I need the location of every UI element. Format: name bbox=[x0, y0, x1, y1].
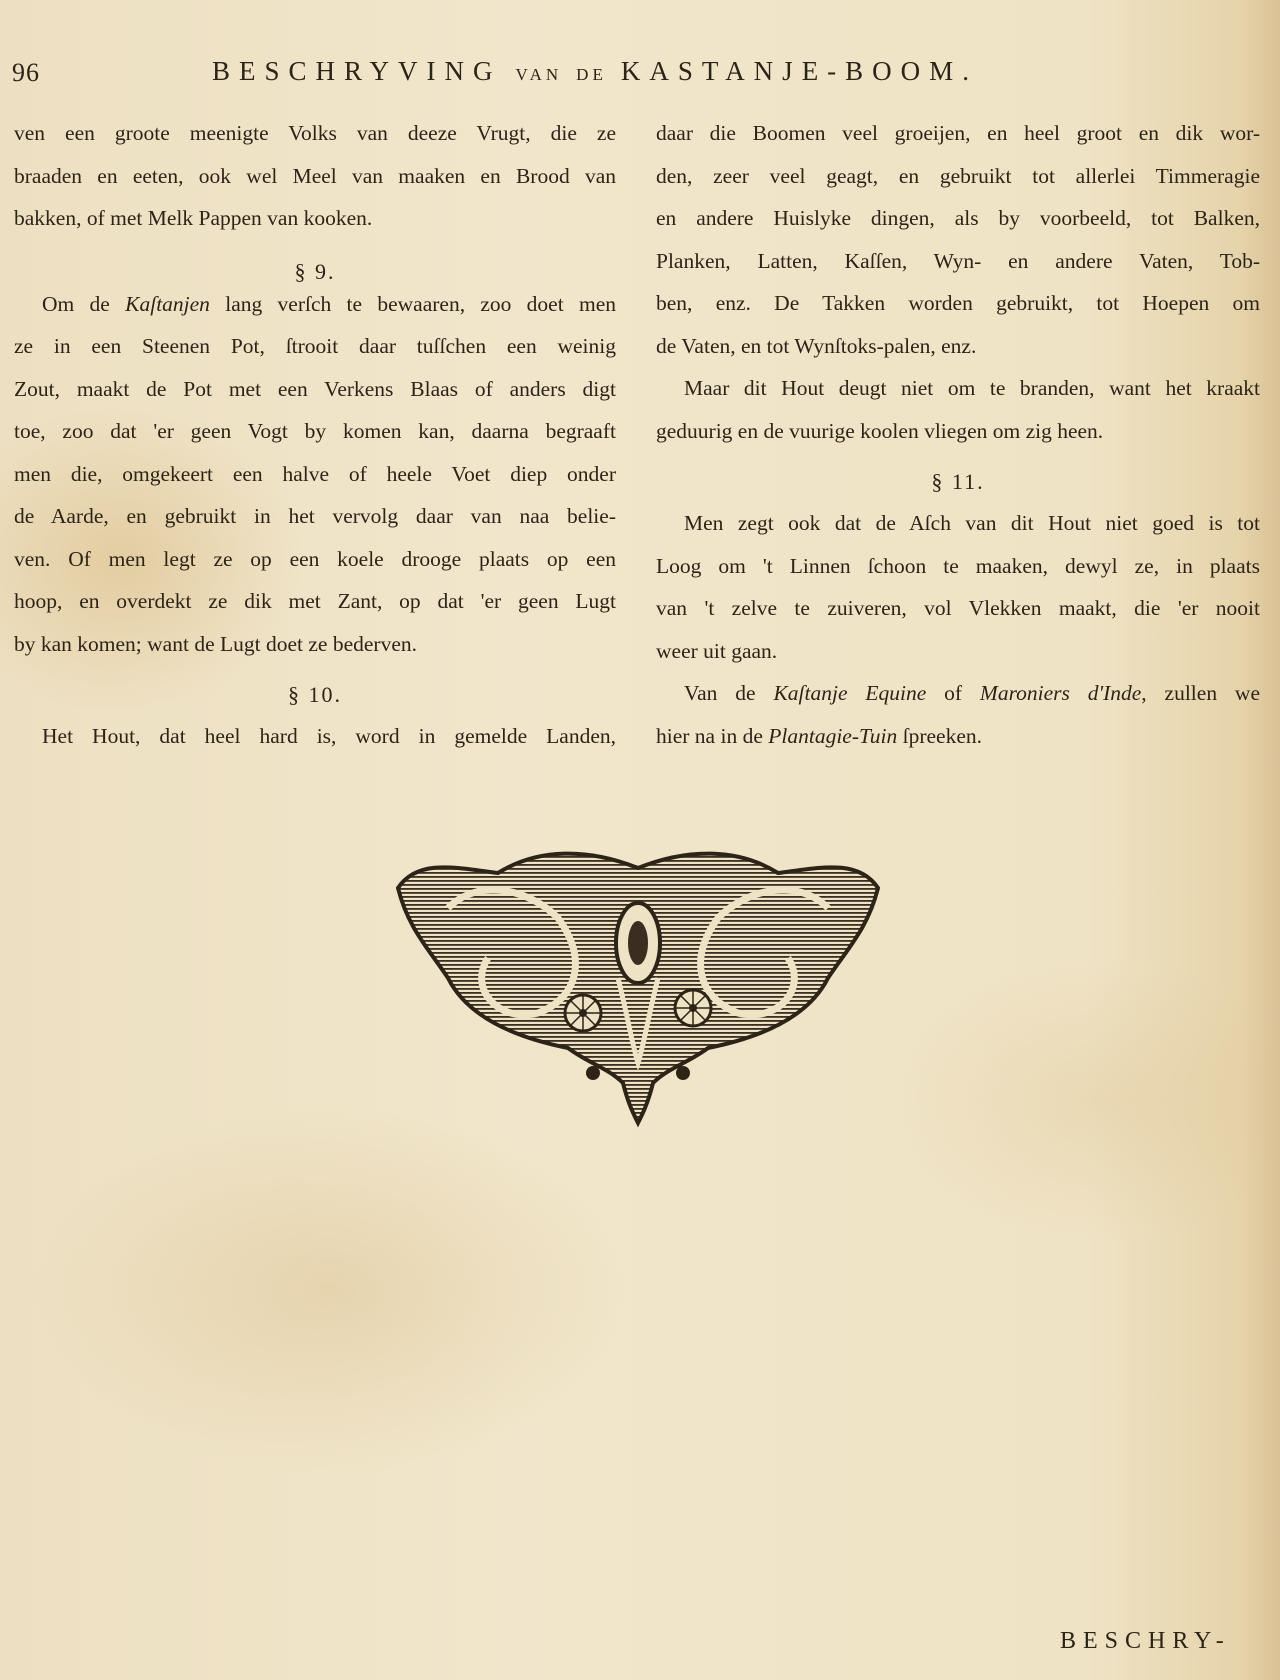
text-line: geduurig en de vuurige koolen vliegen om… bbox=[656, 410, 1260, 453]
text-line: bakken, of met Melk Pappen van kooken. bbox=[14, 197, 616, 240]
text-line: en andere Huislyke dingen, als by voorbe… bbox=[656, 197, 1260, 240]
section-heading-9: § 9. bbox=[14, 240, 616, 283]
italic-term: Kaſtanje Equine bbox=[773, 681, 926, 705]
italic-term: Maroniers d'Inde bbox=[980, 681, 1141, 705]
text-line: Planken, Latten, Kaſſen, Wyn- en andere … bbox=[656, 240, 1260, 283]
page-title: BESCHRYVINGVANDEKASTANJE-BOOM. bbox=[212, 56, 978, 87]
section-heading-10: § 10. bbox=[14, 665, 616, 715]
catchword: BESCHRY- bbox=[1060, 1628, 1231, 1655]
text-line: de Aarde, en gebruikt in het vervolg daa… bbox=[14, 495, 616, 538]
text-line: weer uit gaan. bbox=[656, 630, 1260, 673]
text-line: ze in een Steenen Pot, ſtrooit daar tuſſ… bbox=[14, 325, 616, 368]
text-line: daar die Boomen veel groeijen, en heel g… bbox=[656, 112, 1260, 155]
text-line: by kan komen; want de Lugt doet ze beder… bbox=[14, 623, 616, 666]
running-head: 96 BESCHRYVINGVANDEKASTANJE-BOOM. bbox=[0, 52, 1280, 92]
text-line: Maar dit Hout deugt niet om te branden, … bbox=[656, 367, 1260, 410]
text-line: de Vaten, en tot Wynſtoks-palen, enz. bbox=[656, 325, 1260, 368]
italic-term: Plantagie-Tuin bbox=[768, 724, 897, 748]
title-word-beschryving: BESCHRYVING bbox=[212, 56, 502, 86]
right-column: daar die Boomen veel groeijen, en heel g… bbox=[656, 112, 1260, 757]
woodcut-ornament-icon bbox=[388, 848, 888, 1128]
text-line: Het Hout, dat heel hard is, word in geme… bbox=[14, 715, 616, 758]
book-page: 96 BESCHRYVINGVANDEKASTANJE-BOOM. ven ee… bbox=[0, 0, 1280, 1680]
text-line: braaden en eeten, ook wel Meel van maake… bbox=[14, 155, 616, 198]
text-line: Van de Kaſtanje Equine of Maroniers d'In… bbox=[656, 672, 1260, 715]
text-line: men die, omgekeert een halve of heele Vo… bbox=[14, 453, 616, 496]
text-line: ben, enz. De Takken worden gebruikt, tot… bbox=[656, 282, 1260, 325]
italic-term: Kaſtanjen bbox=[125, 292, 210, 316]
text-line: ven. Of men legt ze op een koele drooge … bbox=[14, 538, 616, 581]
text-line: Om de Kaſtanjen lang verſch te bewaaren,… bbox=[14, 283, 616, 326]
title-word-kastanje-boom: KASTANJE-BOOM. bbox=[621, 56, 978, 86]
text-line: Loog om 't Linnen ſchoon te maaken, dewy… bbox=[656, 545, 1260, 588]
text-line: den, zeer veel geagt, en gebruikt tot al… bbox=[656, 155, 1260, 198]
section-heading-11: § 11. bbox=[656, 452, 1260, 502]
title-word-de: DE bbox=[576, 65, 607, 84]
text-line: hier na in de Plantagie-Tuin ſpreeken. bbox=[656, 715, 1260, 758]
text-line: hoop, en overdekt ze dik met Zant, op da… bbox=[14, 580, 616, 623]
text-line: Zout, maakt de Pot met een Verkens Blaas… bbox=[14, 368, 616, 411]
left-column: ven een groote meenigte Volks van deeze … bbox=[14, 112, 616, 758]
title-word-van: VAN bbox=[516, 65, 563, 84]
text-line: van 't zelve te zuiveren, vol Vlekken ma… bbox=[656, 587, 1260, 630]
text-line: toe, zoo dat 'er geen Vogt by komen kan,… bbox=[14, 410, 616, 453]
text-line: Men zegt ook dat de Aſch van dit Hout ni… bbox=[656, 502, 1260, 545]
text-line: ven een groote meenigte Volks van deeze … bbox=[14, 112, 616, 155]
page-number: 96 bbox=[12, 58, 40, 88]
